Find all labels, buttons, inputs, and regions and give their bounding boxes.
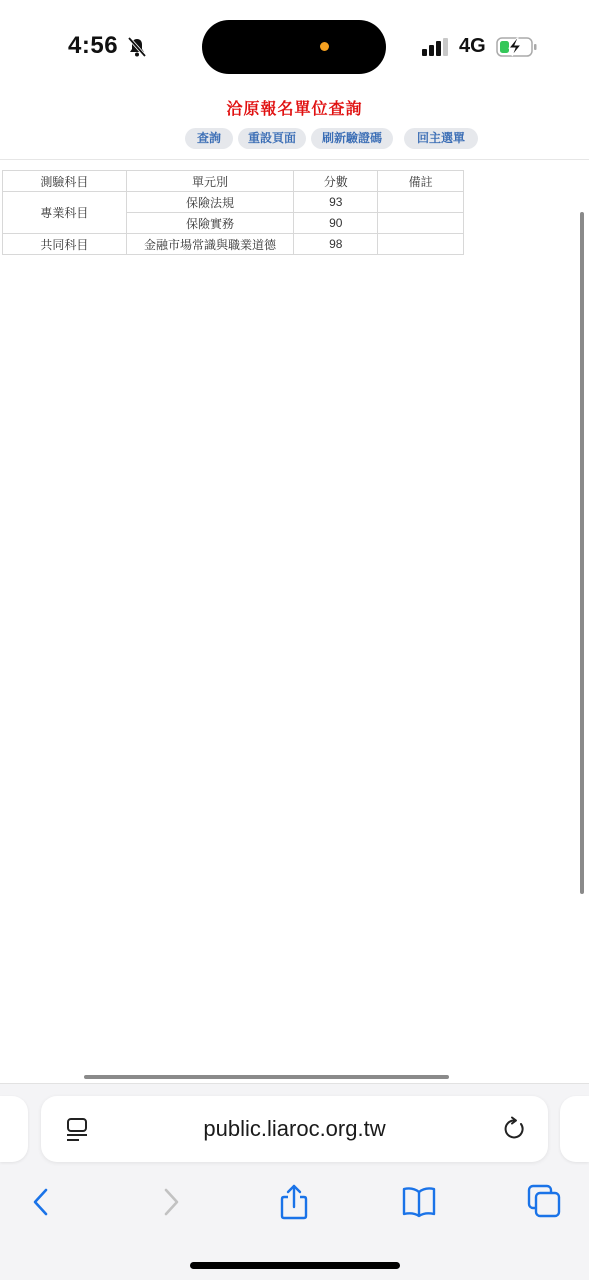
table-row: 共同科目 金融市場常識與職業道德 98: [3, 234, 464, 255]
battery-charging-icon: [496, 36, 538, 58]
status-bar: 4:56 4G: [0, 0, 589, 90]
reset-page-button[interactable]: 重設頁面: [238, 128, 306, 149]
header-divider: [0, 159, 589, 160]
reload-icon[interactable]: [502, 1116, 528, 1142]
cell-score: 90: [294, 213, 378, 234]
forward-icon[interactable]: [152, 1184, 188, 1220]
cell-unit: 保險實務: [126, 213, 294, 234]
browser-bottom-bar: public.liaroc.org.tw: [0, 1083, 589, 1280]
dynamic-island: [202, 20, 386, 74]
address-bar[interactable]: public.liaroc.org.tw: [41, 1096, 548, 1162]
vertical-scrollbar[interactable]: [580, 212, 584, 894]
url-text[interactable]: public.liaroc.org.tw: [41, 1116, 548, 1142]
cell-unit: 保險法規: [126, 192, 294, 213]
cell-remark: [378, 234, 464, 255]
share-icon[interactable]: [276, 1184, 312, 1220]
header-subject: 測驗科目: [3, 171, 127, 192]
next-tab-peek[interactable]: [560, 1096, 589, 1162]
home-indicator[interactable]: [190, 1262, 400, 1269]
table-row: 專業科目 保險法規 93: [3, 192, 464, 213]
cell-score: 93: [294, 192, 378, 213]
previous-tab-peek[interactable]: [0, 1096, 28, 1162]
header-unit: 單元別: [126, 171, 294, 192]
bell-slash-icon: [126, 36, 148, 58]
header-remark: 備註: [378, 171, 464, 192]
page-title: 洽原報名單位查詢: [0, 96, 589, 119]
action-button-row: 查詢 重設頁面 刷新驗證碼 回主選單: [0, 128, 589, 150]
main-menu-button[interactable]: 回主選單: [404, 128, 478, 149]
bookmarks-icon[interactable]: [401, 1184, 437, 1220]
table-header-row: 測驗科目 單元別 分數 備註: [3, 171, 464, 192]
header-score: 分數: [294, 171, 378, 192]
score-table: 測驗科目 單元別 分數 備註 專業科目 保險法規 93 保險實務 90 共同科目…: [2, 170, 464, 255]
refresh-captcha-button[interactable]: 刷新驗證碼: [311, 128, 393, 149]
camera-indicator-dot: [320, 42, 329, 51]
cell-remark: [378, 192, 464, 213]
cell-subject: 共同科目: [3, 234, 127, 255]
back-icon[interactable]: [24, 1184, 60, 1220]
horizontal-scrollbar[interactable]: [84, 1075, 449, 1079]
cell-subject: 專業科目: [3, 192, 127, 234]
network-type: 4G: [459, 35, 486, 58]
cell-remark: [378, 213, 464, 234]
tabs-icon[interactable]: [526, 1184, 562, 1220]
cell-score: 98: [294, 234, 378, 255]
status-time: 4:56: [68, 32, 118, 60]
browser-toolbar: [0, 1184, 589, 1224]
cell-unit: 金融市場常識與職業道德: [126, 234, 294, 255]
signal-icon: [420, 38, 450, 56]
query-button[interactable]: 查詢: [185, 128, 233, 149]
